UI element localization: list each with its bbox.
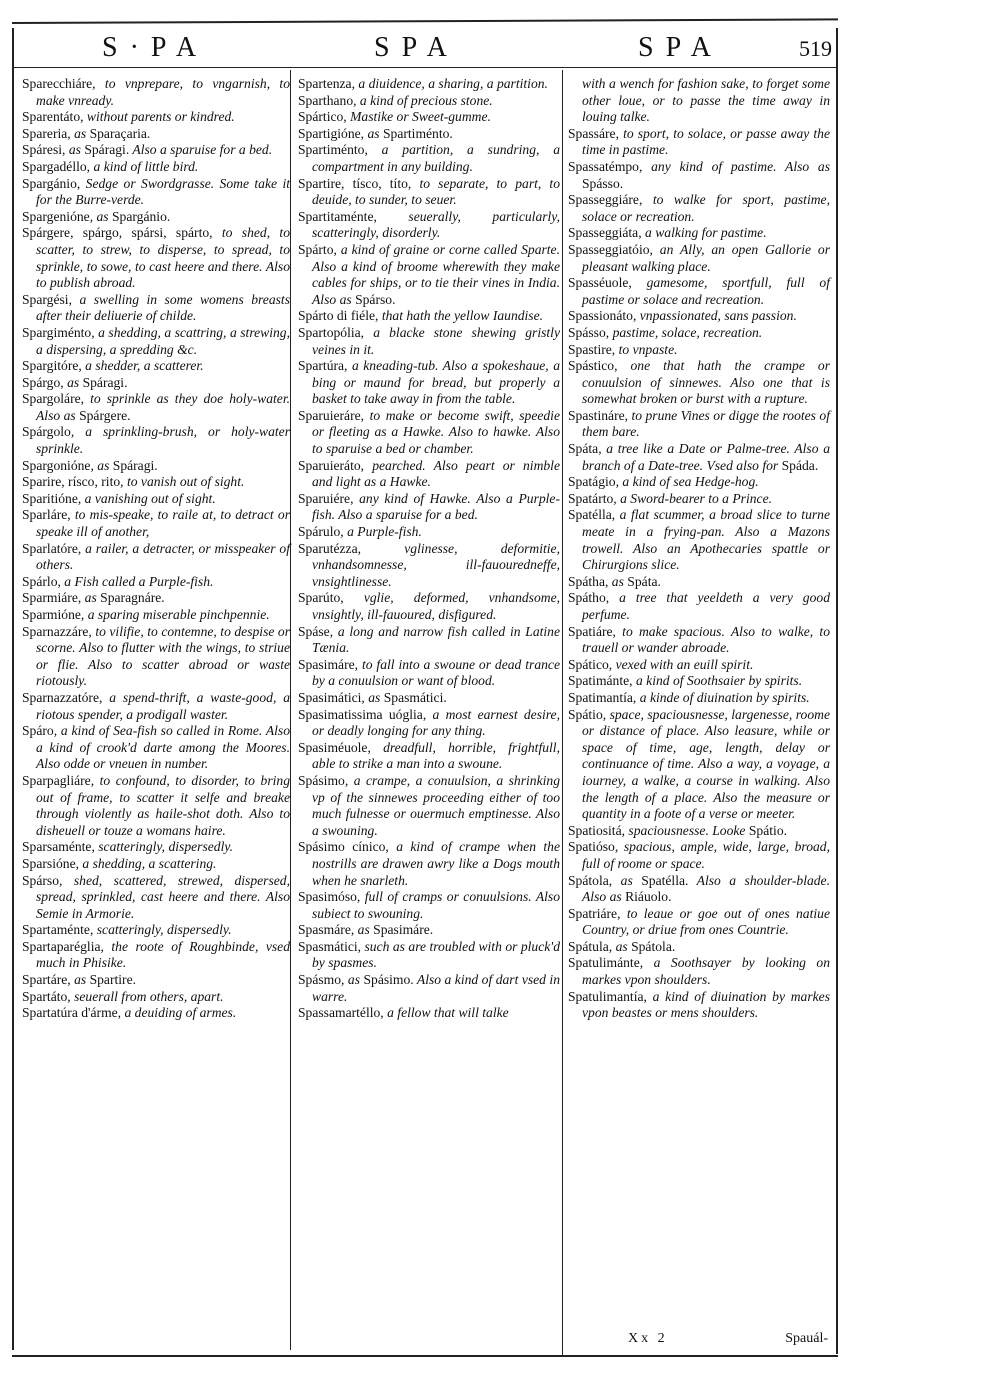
column-3: with a wench for fashion sake, to forget… [568, 76, 830, 1022]
cross-reference: Spátola. [631, 939, 675, 954]
frame-left-rule [12, 28, 14, 1350]
headword: Spassatémpo, [568, 159, 642, 174]
dictionary-entry: Spárulo, a Purple-fish. [298, 524, 560, 541]
headword: Spárgolo, [22, 424, 74, 439]
definition: a kind of little bird. [90, 159, 198, 174]
dictionary-entry: Sparuieráto, pearched. Also peart or nim… [298, 458, 560, 491]
definition: to leaue or goe out of ones natiue Count… [582, 906, 830, 938]
dictionary-entry: Spáro, a kind of Sea-fish so called in R… [22, 723, 290, 773]
cross-reference: Spáragi. [83, 375, 128, 390]
headword: Spáse, [298, 624, 333, 639]
dictionary-entry: Spásimo, a crampe, a conuulsion, a shrin… [298, 773, 560, 839]
definition: a kind of Sea-fish so called in Rome. Al… [36, 723, 290, 771]
dictionary-entry: Spátula, as Spátola. [568, 939, 830, 956]
headword: Spásimo cínico, [298, 839, 389, 854]
dictionary-entry: Spárgere, spárgo, spársi, spárto, to she… [22, 225, 290, 291]
headword: Spasseggiáta, [568, 225, 642, 240]
headword: Spasimóso, [298, 889, 360, 904]
header-center-guideword: SPA [374, 32, 459, 64]
headword: Spatimantía, [568, 690, 636, 705]
headword: Spartatúra d'árme, [22, 1005, 121, 1020]
headword: Spárulo, [298, 524, 344, 539]
dictionary-entry: Spastire, to vnpaste. [568, 342, 830, 359]
dictionary-entry: Spatélla, a flat scummer, a broad slice … [568, 507, 830, 573]
dictionary-entry: Sparnazzatóre, a spend-thrift, a waste-g… [22, 690, 290, 723]
dictionary-entry: Spatulimantía, a kind of diuination by m… [568, 989, 830, 1022]
dictionary-entry: Sparitióne, a vanishing out of sight. [22, 491, 290, 508]
headword: Sparláre, [22, 507, 71, 522]
definition: as [94, 458, 113, 473]
dictionary-entry: Spasseggiatóio, an Ally, an open Gallori… [568, 242, 830, 275]
headword: Spareria, [22, 126, 71, 141]
headword: Spatélla, [568, 507, 615, 522]
cross-reference: Spargánio. [112, 209, 170, 224]
dictionary-entry: Spartigióne, as Spartiménto. [298, 126, 560, 143]
headword: Spargitóre, [22, 358, 82, 373]
cross-reference: Spáragi. [113, 458, 158, 473]
dictionary-entry: Sparuiére, any kind of Hawke. Also a Pur… [298, 491, 560, 524]
cross-reference: Sparagnáre. [100, 590, 165, 605]
definition: a long and narrow fish called in Latine … [312, 624, 560, 656]
headword: Spasseggiáre, [568, 192, 642, 207]
dictionary-entry: Spátola, as Spatélla. Also a shoulder-bl… [568, 873, 830, 906]
dictionary-entry: Spartaparéglia, the roote of Roughbinde,… [22, 939, 290, 972]
dictionary-entry: Sparthano, a kind of precious stone. [298, 93, 560, 110]
dictionary-entry: Spárto di fiéle, that hath the yellow Ia… [298, 308, 560, 325]
definition: as [612, 873, 641, 888]
definition: Also a sparuise for a bed. [129, 142, 272, 157]
cross-reference: Spásso. [582, 176, 623, 191]
dictionary-entry: Spárto, a kind of graine or corne called… [298, 242, 560, 308]
dictionary-entry: Spátio, space, spaciousnesse, largenesse… [568, 707, 830, 823]
headword: Spasmáre, [298, 922, 354, 937]
dictionary-entry: Spasseggiáre, to walke for sport, pastim… [568, 192, 830, 225]
headword: Spartaparéglia, [22, 939, 104, 954]
definition: a kneading-tub. Also a spokeshaue, a bin… [312, 358, 560, 406]
headword: Spárto di fiéle, [298, 308, 378, 323]
headword: Spáresi, [22, 142, 65, 157]
headword: Sparire, rísco, rito, [22, 474, 124, 489]
cross-reference: Riáuolo. [625, 889, 671, 904]
headword: Sparsióne, [22, 856, 79, 871]
headword: Spárgo, [22, 375, 64, 390]
definition: a Sword-bearer to a Prince. [617, 491, 772, 506]
cross-reference: Spárgere. [79, 408, 130, 423]
dictionary-entry: Spartáto, seuerall from others, apart. [22, 989, 290, 1006]
headword: Spastináre, [568, 408, 628, 423]
dictionary-entry: Spargánio, Sedge or Swordgrasse. Some ta… [22, 176, 290, 209]
definition: a Fish called a Purple-fish. [61, 574, 214, 589]
dictionary-entry: Sparnazzáre, to vilifie, to contemne, to… [22, 624, 290, 690]
headword: Spassionáto, [568, 308, 636, 323]
headword: Spargadéllo, [22, 159, 90, 174]
definition: a kind of sea Hedge-hog. [619, 474, 759, 489]
definition: a diuidence, a sharing, a partition. [355, 76, 548, 91]
dictionary-entry: Sparmióne, a sparing miserable pinchpenn… [22, 607, 290, 624]
dictionary-entry: Spártico, Mastike or Sweet-gumme. [298, 109, 560, 126]
dictionary-entry: Spárlo, a Fish called a Purple-fish. [22, 574, 290, 591]
dictionary-page: S·PA SPA SPA 519 Sparecchiáre, to vnprep… [12, 22, 838, 1357]
column-1: Sparecchiáre, to vnprepare, to vngarnish… [22, 76, 290, 1022]
dictionary-entry: Spárgo, as Spáragi. [22, 375, 290, 392]
headword: Sparutézza, [298, 541, 361, 556]
definition: as [612, 939, 631, 954]
dictionary-entry: Sparire, rísco, rito, to vanish out of s… [22, 474, 290, 491]
dictionary-entry: Spassatémpo, any kind of pastime. Also a… [568, 159, 830, 192]
dictionary-entry: Spáresi, as Spáragi. Also a sparuise for… [22, 142, 290, 159]
headword: Spartúra, [298, 358, 347, 373]
definition: as [608, 574, 627, 589]
dictionary-entry: Spatióso, spacious, ample, wide, large, … [568, 839, 830, 872]
definition: any kind of pastime. Also as [642, 159, 830, 174]
headword: Spatiáre, [568, 624, 616, 639]
dictionary-entry: Spáse, a long and narrow fish called in … [298, 624, 560, 657]
dictionary-entry: Spartáre, as Spartire. [22, 972, 290, 989]
cross-reference: Spáta. [627, 574, 661, 589]
dictionary-entry: Spasimáre, to fall into a swoune or dead… [298, 657, 560, 690]
headword: Spatágio, [568, 474, 619, 489]
dictionary-entry: Spargési, a swelling in some womens brea… [22, 292, 290, 325]
dictionary-entry: Spatágio, a kind of sea Hedge-hog. [568, 474, 830, 491]
definition: to sport, to solace, or passe away the t… [582, 126, 830, 158]
definition: as [354, 922, 373, 937]
headword: Spargési, [22, 292, 72, 307]
headword: Spartopólia, [298, 325, 364, 340]
definition: as [71, 972, 90, 987]
definition: that hath the yellow Iaundise. [378, 308, 543, 323]
definition: a shedding, a scattering. [79, 856, 216, 871]
headword: Sparuieráre, [298, 408, 364, 423]
definition: a kind of Soothsaier by spirits. [633, 673, 803, 688]
dictionary-entry: Sparsaménte, scatteringly, dispersedly. [22, 839, 290, 856]
definition: a walking for pastime. [642, 225, 767, 240]
cross-reference: Spasimáre. [373, 922, 433, 937]
definition: to vnpaste. [615, 342, 677, 357]
header-right-guideword: SPA [638, 32, 723, 64]
headword: Spátho, [568, 590, 609, 605]
headword: Sparsaménte, [22, 839, 95, 854]
headword: Sparmióne, [22, 607, 84, 622]
cross-reference: Sparaçaria. [90, 126, 151, 141]
dictionary-entry: Sparsióne, a shedding, a scattering. [22, 856, 290, 873]
definition: a crampe, a conuulsion, a shrinking vp o… [312, 773, 560, 838]
definition: a kind of precious stone. [357, 93, 493, 108]
dictionary-entry: Spastináre, to prune Vines or digge the … [568, 408, 830, 441]
headword: Spárso, [22, 873, 62, 888]
headword: Spargoláre, [22, 391, 84, 406]
headword: Spassamartéllo, [298, 1005, 384, 1020]
headword: Sparnazzáre, [22, 624, 92, 639]
dictionary-entry: Spárgolo, a sprinkling-brush, or holy-wa… [22, 424, 290, 457]
cross-reference: Spatélla. [641, 873, 688, 888]
dictionary-entry: Sparuieráre, to make or become swift, sp… [298, 408, 560, 458]
dictionary-entry: Spargenióne, as Spargánio. [22, 209, 290, 226]
definition: pastime, solace, recreation. [609, 325, 762, 340]
headword: Sparthano, [298, 93, 357, 108]
dictionary-entry: Spárso, shed, scattered, strewed, disper… [22, 873, 290, 923]
definition: to mis-speake, to raile at, to detract o… [36, 507, 290, 539]
cross-reference: Spartire. [90, 972, 136, 987]
headword: Spasseggiatóio, [568, 242, 653, 257]
headword: Spático, [568, 657, 612, 672]
dictionary-entry: Spátho, a tree that yeeldeth a very good… [568, 590, 830, 623]
definition: a tree that yeeldeth a very good perfume… [582, 590, 830, 622]
dictionary-entry: Spasimatissima uóglia, a most earnest de… [298, 707, 560, 740]
definition: vglie, deformed, vnhandsome, vnsightly, … [312, 590, 560, 622]
headword: Spátio, [568, 707, 606, 722]
headword: Sparuieráto, [298, 458, 364, 473]
headword: Sparuiére, [298, 491, 353, 506]
cross-reference: Spartiménto. [383, 126, 453, 141]
headword: Spáta, [568, 441, 602, 456]
dictionary-entry: Spassionáto, vnpassionated, sans passion… [568, 308, 830, 325]
headword: Spásso, [568, 325, 609, 340]
dictionary-entry: Spasmátici, such as are troubled with or… [298, 939, 560, 972]
dictionary-entry: Spásso, pastime, solace, recreation. [568, 325, 830, 342]
header-rule [14, 67, 836, 68]
cross-reference: Spárso. [355, 292, 395, 307]
headword: Spartenza, [298, 76, 355, 91]
dictionary-entry: Sparlatóre, a railer, a detracter, or mi… [22, 541, 290, 574]
headword: Spátula, [568, 939, 612, 954]
headword: Spatriáre, [568, 906, 620, 921]
dictionary-entry: Spargitóre, a shedder, a scatterer. [22, 358, 290, 375]
cross-reference: Spáragi. [84, 142, 129, 157]
cross-reference: Spátio. [749, 823, 787, 838]
signature-mark: Xx 2 [628, 1331, 668, 1347]
dictionary-entry: Sparentáto, without parents or kindred. [22, 109, 290, 126]
dictionary-entry: Spassáre, to sport, to solace, or passe … [568, 126, 830, 159]
dictionary-entry: Sparúto, vglie, deformed, vnhandsome, vn… [298, 590, 560, 623]
headword: Spatulimánte, [568, 955, 643, 970]
definition: vnpassionated, sans passion. [636, 308, 797, 323]
cross-reference: Spasmátici. [384, 690, 447, 705]
frame-bottom-rule [12, 1355, 838, 1357]
headword: Spasmátici, [298, 939, 361, 954]
dictionary-entry: Sparecchiáre, to vnprepare, to vngarnish… [22, 76, 290, 109]
definition: to vanish out of sight. [124, 474, 245, 489]
column-2: Spartenza, a diuidence, a sharing, a par… [298, 76, 560, 1022]
dictionary-entry: Spatárto, a Sword-bearer to a Prince. [568, 491, 830, 508]
headword: Spartáto, [22, 989, 71, 1004]
headword: Spassáre, [568, 126, 619, 141]
headword: Sparpagliáre, [22, 773, 94, 788]
running-header: S·PA SPA SPA 519 [12, 28, 838, 68]
definition: vexed with an euill spirit. [612, 657, 753, 672]
dictionary-entry: Spartiménto, a partition, a sundring, a … [298, 142, 560, 175]
definition: a vanishing out of sight. [81, 491, 215, 506]
headword: Spartire, tísco, títo, [298, 176, 411, 191]
headword: Spatióso, [568, 839, 618, 854]
column-divider-1 [290, 70, 291, 1350]
definition: as [344, 972, 363, 987]
dictionary-entry: Spartúra, a kneading-tub. Also a spokesh… [298, 358, 560, 408]
definition: spacious, ample, wide, large, broad, ful… [582, 839, 830, 871]
headword: Sparmiáre, [22, 590, 81, 605]
definition: seuerall from others, apart. [71, 989, 224, 1004]
definition: a flat scummer, a broad slice to turne m… [582, 507, 830, 572]
dictionary-entry: Spatimantía, a kinde of diuination by sp… [568, 690, 830, 707]
dictionary-entry: Spartire, tísco, títo, to separate, to p… [298, 176, 560, 209]
headword: Spártico, [298, 109, 347, 124]
dictionary-entry: Spatiáre, to make spacious. Also to walk… [568, 624, 830, 657]
headword: Spárlo, [22, 574, 61, 589]
headword: Spásmo, [298, 972, 344, 987]
definition: a kinde of diuination by spirits. [636, 690, 809, 705]
headword: Spatárto, [568, 491, 617, 506]
definition: as [93, 209, 112, 224]
headword: Spáro, [22, 723, 57, 738]
definition: a kind of graine or corne called Sparte.… [312, 242, 560, 307]
headword: Spárto, [298, 242, 337, 257]
headword: Spargánio, [22, 176, 80, 191]
headword: Spástico, [568, 358, 617, 373]
headword: Spásimo, [298, 773, 348, 788]
headword: Spastire, [568, 342, 615, 357]
definition: a deuiding of armes. [121, 1005, 236, 1020]
frame-top-rule [12, 18, 838, 24]
headword: Spátola, [568, 873, 612, 888]
definition: as [364, 126, 383, 141]
dictionary-entry: Spartatúra d'árme, a deuiding of armes. [22, 1005, 290, 1022]
dictionary-entry: Spartopólia, a blacke stone shewing gris… [298, 325, 560, 358]
definition: Mastike or Sweet-gumme. [347, 109, 491, 124]
definition: spaciousnesse. Looke [625, 823, 749, 838]
headword: Spartáre, [22, 972, 71, 987]
headword: Spátha, [568, 574, 608, 589]
definition: as [64, 375, 83, 390]
headword: Spasiméuole, [298, 740, 371, 755]
definition: as [365, 690, 384, 705]
continued-entry: with a wench for fashion sake, to forget… [568, 76, 830, 126]
headword: Spárgere, spárgo, spársi, spárto, [22, 225, 213, 240]
dictionary-entry: Spasimátici, as Spasmátici. [298, 690, 560, 707]
definition: as [71, 126, 90, 141]
headword: Spasséuole, [568, 275, 632, 290]
definition: a Purple-fish. [344, 524, 422, 539]
definition: a swelling in some womens breasts after … [36, 292, 290, 324]
dictionary-entry: Spargadéllo, a kind of little bird. [22, 159, 290, 176]
headword: Spartitaménte, [298, 209, 377, 224]
headword: Sparnazzatóre, [22, 690, 102, 705]
dictionary-entry: Spatriáre, to leaue or goe out of ones n… [568, 906, 830, 939]
header-left-guideword: S·PA [102, 32, 208, 64]
headword: Sparúto, [298, 590, 344, 605]
dictionary-entry: Spásmo, as Spásimo. Also a kind of dart … [298, 972, 560, 1005]
definition: a shedder, a scatterer. [82, 358, 204, 373]
definition: a fellow that will talke [384, 1005, 509, 1020]
dictionary-entry: Spasseggiáta, a walking for pastime. [568, 225, 830, 242]
headword: Sparitióne, [22, 491, 81, 506]
dictionary-entry: Sparutézza, vglinesse, deformitie, vnhan… [298, 541, 560, 591]
page-footer: Xx 2 Spauál- [588, 1331, 828, 1351]
cross-reference: Spásimo. [363, 972, 413, 987]
dictionary-entry: Spatimánte, a kind of Soothsaier by spir… [568, 673, 830, 690]
dictionary-entry: Sparmiáre, as Sparagnáre. [22, 590, 290, 607]
definition: a sparing miserable pinchpennie. [84, 607, 269, 622]
dictionary-entry: Spasséuole, gamesome, sportfull, full of… [568, 275, 830, 308]
catchword: Spauál- [785, 1331, 828, 1347]
dictionary-entry: Spasmáre, as Spasimáre. [298, 922, 560, 939]
headword: Spartigióne, [298, 126, 364, 141]
definition: without parents or kindred. [84, 109, 235, 124]
dictionary-entry: Spásimo cínico, a kind of crampe when th… [298, 839, 560, 889]
definition: as [65, 142, 84, 157]
headword: Sparentáto, [22, 109, 84, 124]
dictionary-entry: Spáta, a tree like a Date or Palme-tree.… [568, 441, 830, 474]
headword: Spasimáre, [298, 657, 358, 672]
definition: a sprinkling-brush, or holy-water sprink… [36, 424, 290, 456]
dictionary-entry: Spasimóso, full of cramps or conuulsions… [298, 889, 560, 922]
definition: scatteringly, dispersedly. [95, 839, 233, 854]
definition: one that hath the crampe or conuulsion o… [582, 358, 830, 406]
definition: shed, scattered, strewed, dispersed, spr… [36, 873, 290, 921]
dictionary-entry: Spareria, as Sparaçaria. [22, 126, 290, 143]
dictionary-entry: Spargiménto, a shedding, a scattring, a … [22, 325, 290, 358]
headword: Spatimánte, [568, 673, 633, 688]
headword: Spargenióne, [22, 209, 93, 224]
dictionary-entry: Sparpagliáre, to confound, to disorder, … [22, 773, 290, 839]
dictionary-entry: Spático, vexed with an euill spirit. [568, 657, 830, 674]
dictionary-entry: Spatiositá, spaciousnesse. Looke Spátio. [568, 823, 830, 840]
headword: Sparlatóre, [22, 541, 81, 556]
headword: Spatiositá, [568, 823, 625, 838]
headword: Spargiménto, [22, 325, 95, 340]
dictionary-entry: Spartaménte, scatteringly, dispersedly. [22, 922, 290, 939]
headword: Spasimátici, [298, 690, 365, 705]
column-divider-2 [562, 70, 563, 1355]
headword: Spatulimantía, [568, 989, 647, 1004]
cross-reference: Spáda. [782, 458, 819, 473]
headword: Sparecchiáre, [22, 76, 96, 91]
dictionary-entry: Spassamartéllo, a fellow that will talke [298, 1005, 560, 1022]
definition: to make spacious. Also to walke, to trau… [582, 624, 830, 656]
dictionary-entry: Sparláre, to mis-speake, to raile at, to… [22, 507, 290, 540]
dictionary-entry: Spargonióne, as Spáragi. [22, 458, 290, 475]
headword: Spartiménto, [298, 142, 368, 157]
definition: as [81, 590, 100, 605]
dictionary-entry: Spástico, one that hath the crampe or co… [568, 358, 830, 408]
dictionary-entry: Spartitaménte, seuerally, particularly, … [298, 209, 560, 242]
dictionary-entry: Spatulimánte, a Soothsayer by looking on… [568, 955, 830, 988]
headword: Spasimatissima uóglia, [298, 707, 426, 722]
dictionary-entry: Spátha, as Spáta. [568, 574, 830, 591]
definition: space, spaciousnesse, largenesse, roome … [582, 707, 830, 822]
definition: scatteringly, dispersedly. [93, 922, 231, 937]
page-number: 519 [799, 36, 832, 62]
dictionary-entry: Spartenza, a diuidence, a sharing, a par… [298, 76, 560, 93]
dictionary-entry: Spasiméuole, dreadfull, horrible, fright… [298, 740, 560, 773]
frame-right-rule [836, 28, 838, 1354]
headword: Spartaménte, [22, 922, 93, 937]
headword: Spargonióne, [22, 458, 94, 473]
dictionary-entry: Spargoláre, to sprinkle as they doe holy… [22, 391, 290, 424]
